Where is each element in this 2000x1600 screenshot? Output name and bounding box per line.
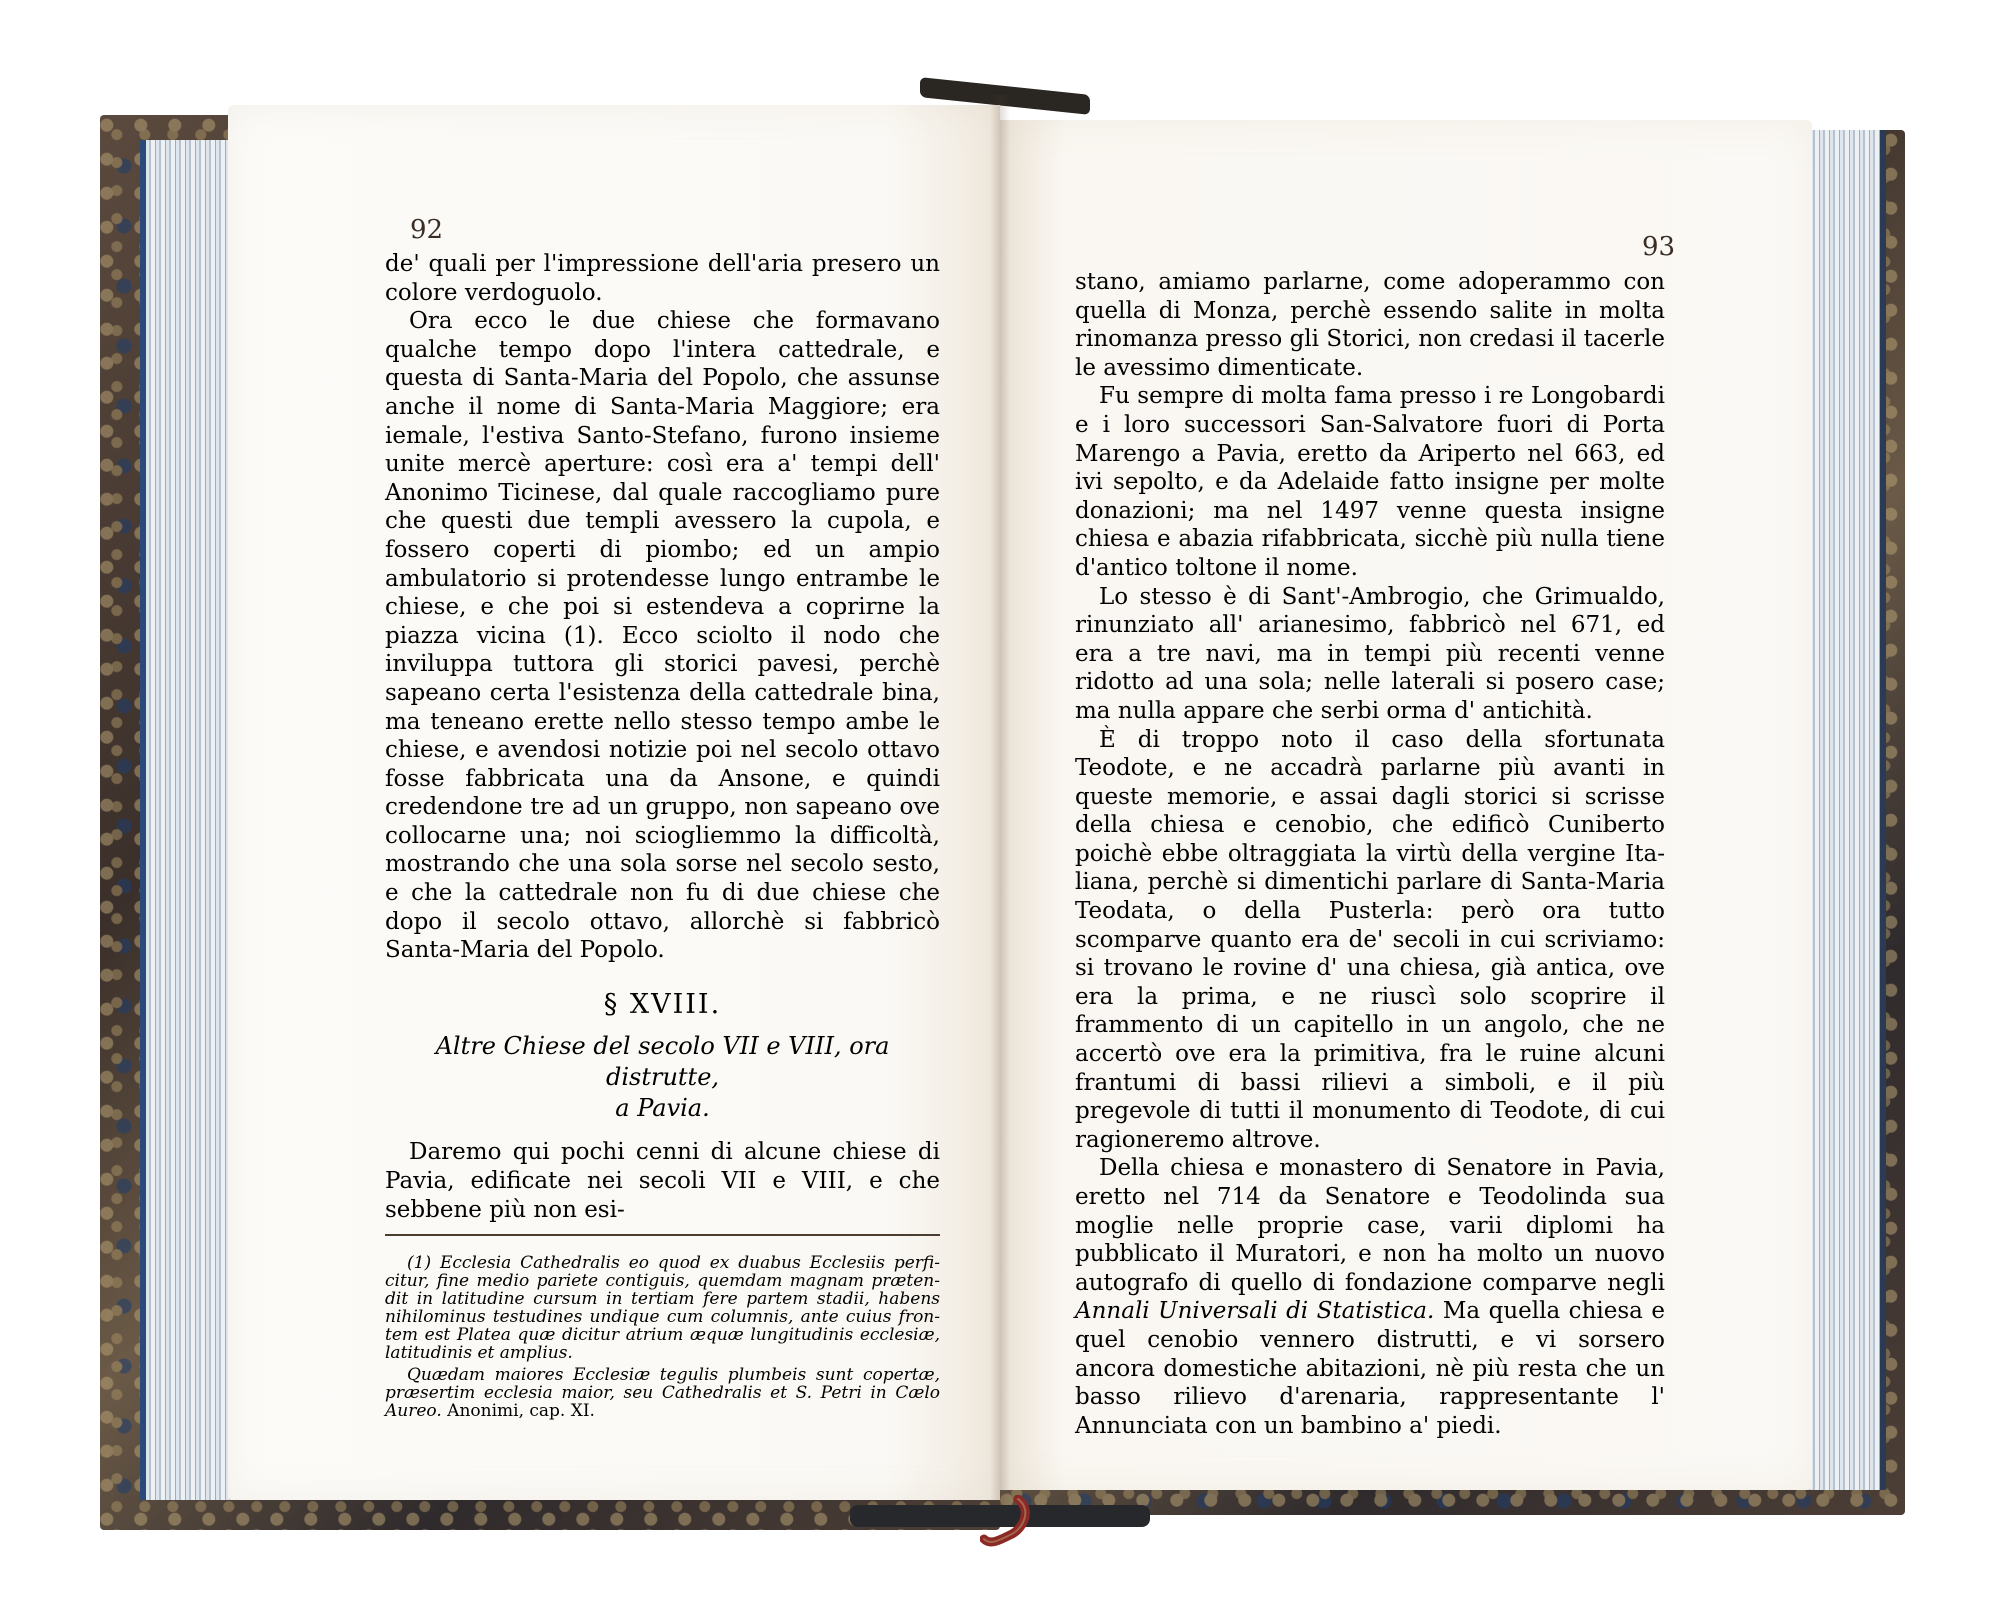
section-title: Altre Chiese del secolo VII e VIII, ora … (385, 1031, 940, 1124)
footnote-divider (385, 1234, 940, 1236)
paragraph: È di troppo noto il caso della sfortunat… (1075, 726, 1665, 1155)
bookmark-ribbon-icon (980, 1495, 1040, 1565)
paragraph: stano, amiamo parlarne, come adoperammo … (1075, 268, 1665, 382)
footnote-citation: Anonimi, cap. XI. (442, 1401, 595, 1421)
page-edges-right (1810, 130, 1886, 1490)
paragraph: Daremo qui pochi cenni di alcune chiese … (385, 1138, 940, 1224)
paragraph: Ora ecco le due chiese che formavano qua… (385, 307, 940, 965)
section-title-line2: a Pavia. (615, 1094, 710, 1122)
section-title-line1: Altre Chiese del secolo VII e VIII, ora … (436, 1032, 890, 1091)
footnote: Quædam maiores Ecclesiæ tegulis plumbeis… (385, 1366, 940, 1420)
page-number-left: 92 (410, 215, 443, 245)
journal-title: Annali Universali di Statistica. (1075, 1298, 1434, 1324)
paragraph: Lo stesso è di Sant'-Ambrogio, che Grimu… (1075, 583, 1665, 726)
paragraph: Della chiesa e monastero di Senatore in … (1075, 1154, 1665, 1440)
right-page-text: stano, amiamo parlarne, come adoperammo … (1075, 268, 1665, 1440)
text-run: Della chiesa e monastero di Senatore in … (1075, 1155, 1665, 1295)
book-gutter (990, 95, 1010, 1505)
page-edges-left (140, 140, 236, 1500)
page-number-right: 93 (1642, 232, 1675, 262)
paragraph: de' quali per l'impressione dell'aria pr… (385, 250, 940, 307)
left-page-text: de' quali per l'impressione dell'aria pr… (385, 250, 940, 1420)
paragraph: Fu sempre di molta fama presso i re Long… (1075, 382, 1665, 582)
section-number: § XVIII. (385, 991, 940, 1020)
footnote: (1) Ecclesia Cathedralis eo quod ex duab… (385, 1254, 940, 1362)
